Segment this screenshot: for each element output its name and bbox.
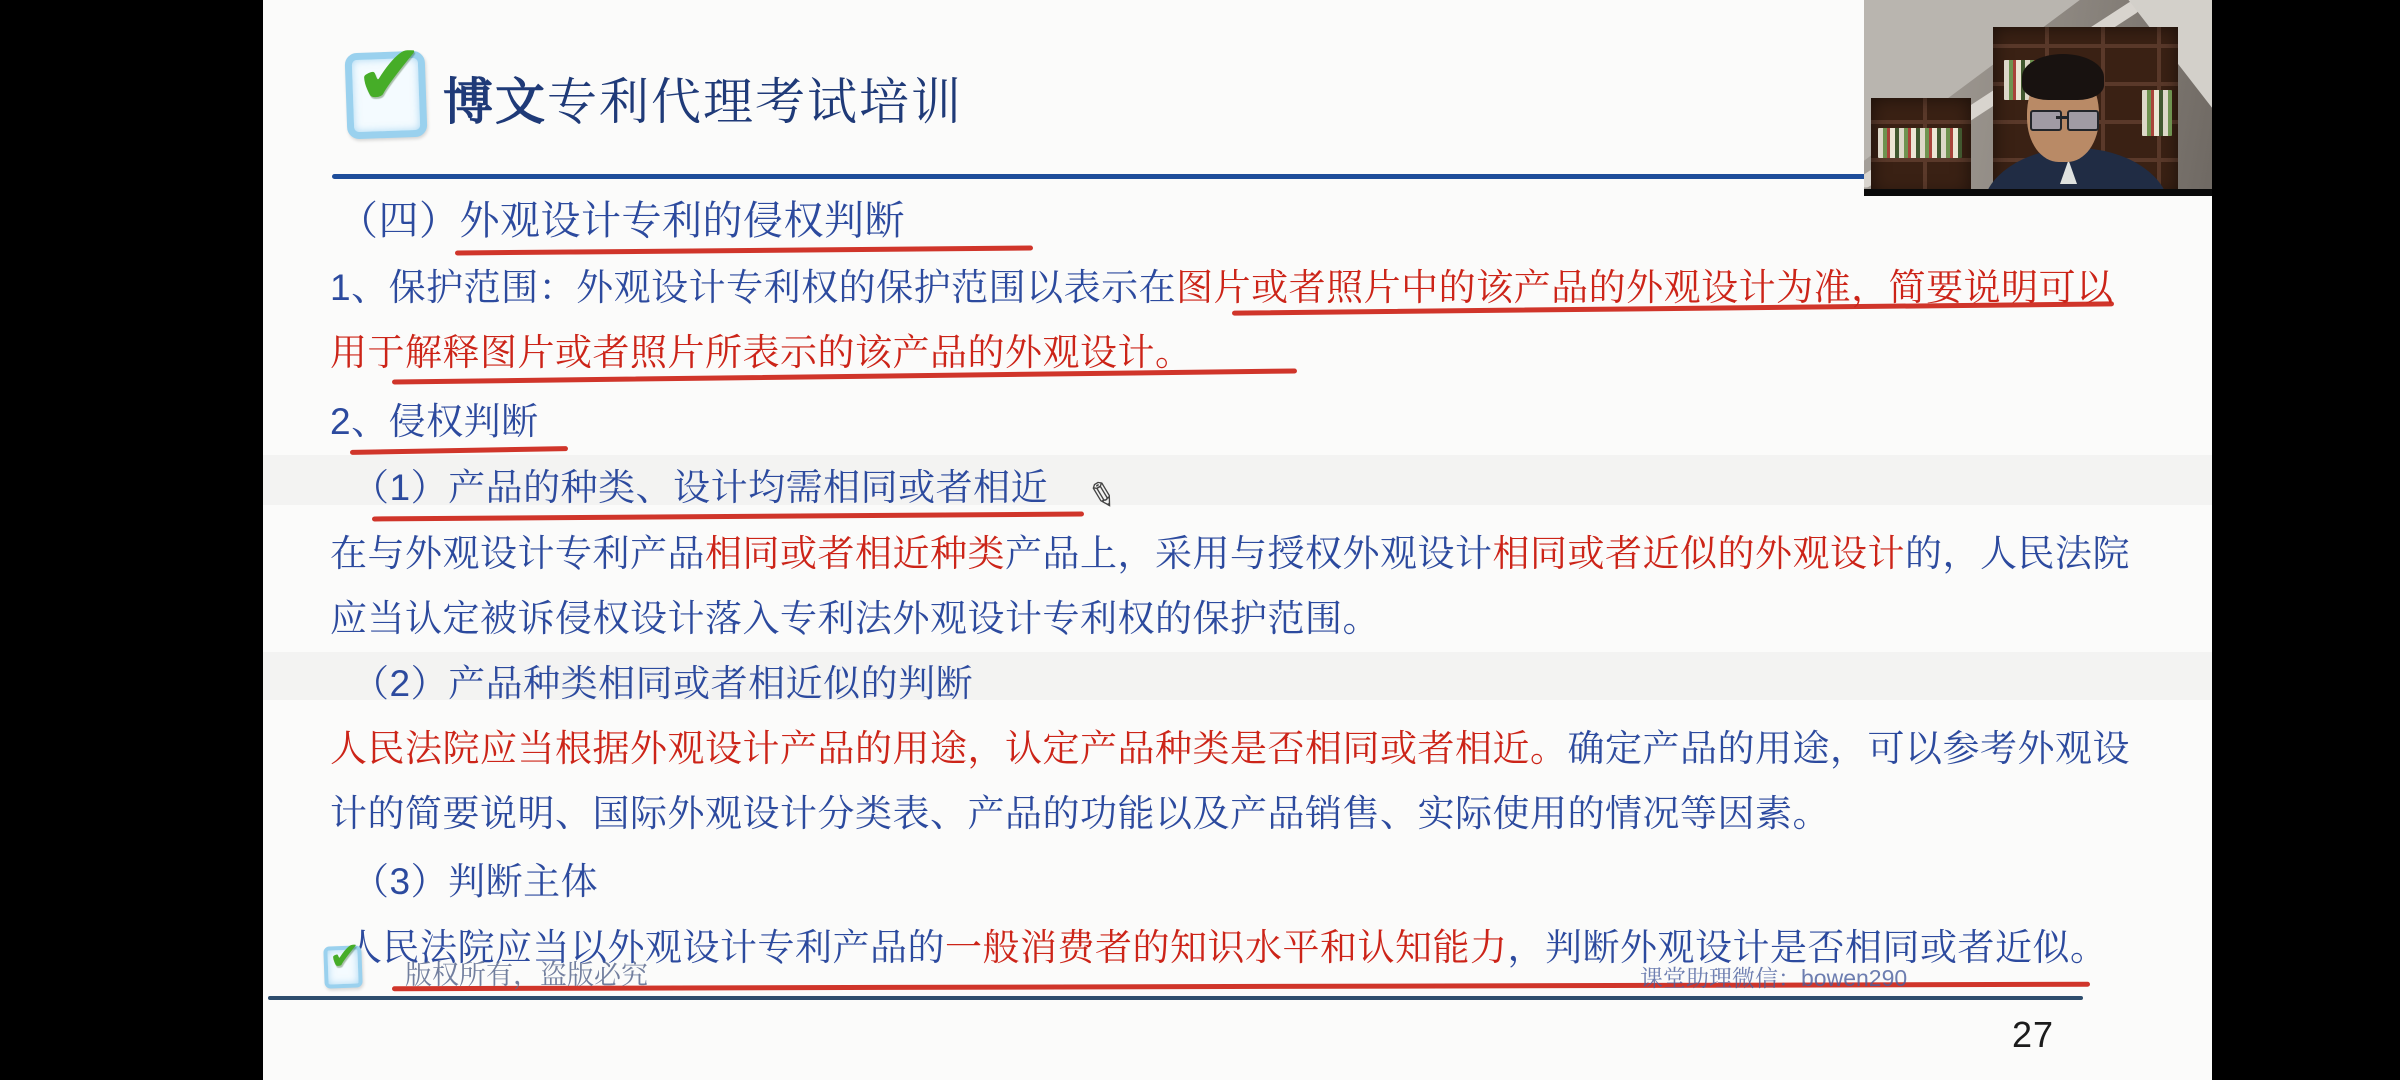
slide-text-line: 2、侵权判断: [330, 396, 539, 448]
webcam-bottom-border: [1864, 189, 2212, 196]
slide-text-line: 在与外观设计专利产品相同或者相近种类产品上，采用与授权外观设计相同或者近似的外观…: [330, 528, 2130, 580]
text-segment-highlight: 用于解释图片或者照片所表示的该产品的外观设计。: [330, 332, 1193, 373]
text-segment-highlight: 一般消费者的知识水平和认知能力: [945, 927, 1508, 968]
presenter-webcam-video[interactable]: [1864, 0, 2212, 196]
text-segment: （2）产品种类相同或者相近似的判断: [352, 663, 973, 704]
page-number: 27: [2012, 1014, 2054, 1056]
screen: { "colors": { "slide_bg": "#fbfbfa", "le…: [0, 0, 2400, 1080]
text-segment: （四）外观设计专利的侵权判断: [338, 199, 905, 243]
green-check-icon: ✔: [353, 32, 426, 118]
text-segment-highlight: 图片或者照片中的该产品的外观设计为准，简要说明可以: [1176, 267, 2114, 308]
text-segment: 产品上，采用与授权外观设计: [1005, 533, 1493, 574]
glasses-lens: [2067, 110, 2099, 131]
slide-text-line: （2）产品种类相同或者相近似的判断: [352, 658, 973, 710]
slide-text-line: （1）产品的种类、设计均需相同或者相近: [352, 462, 1048, 514]
text-segment: （3）判断主体: [352, 861, 598, 902]
text-segment: 2、侵权判断: [330, 401, 539, 442]
text-segment: 确定产品的用途，可以参考外观设: [1568, 728, 2131, 769]
presenter-hair: [2022, 54, 2104, 100]
copyright-watermark: 版权所有，盗版必究: [405, 953, 648, 992]
slide-text-line: （四）外观设计专利的侵权判断: [338, 195, 905, 247]
glasses-bridge: [2056, 116, 2069, 119]
assistant-wechat-watermark: 课堂助理微信：bowen290: [1640, 960, 1907, 993]
book-spines: [1878, 128, 1962, 158]
text-segment-highlight: 人民法院应当根据外观设计产品的用途，认定产品种类是否相同或者相近。: [330, 728, 1568, 769]
glasses-lens: [2030, 110, 2062, 131]
text-segment: 计的简要说明、国际外观设计分类表、产品的功能以及产品销售、实际使用的情况等因素。: [330, 793, 1830, 834]
slide-text-line: 应当认定被诉侵权设计落入专利法外观设计专利权的保护范围。: [330, 593, 1380, 645]
text-segment: （1）产品的种类、设计均需相同或者相近: [352, 467, 1048, 508]
slide-text-line: 人民法院应当根据外观设计产品的用途，认定产品种类是否相同或者相近。确定产品的用途…: [330, 723, 2130, 775]
brand-name: 博文: [443, 74, 547, 130]
text-segment: 在与外观设计专利产品: [330, 533, 705, 574]
slide-text-line: 计的简要说明、国际外观设计分类表、产品的功能以及产品销售、实际使用的情况等因素。: [330, 788, 1830, 840]
text-segment-highlight: 相同或者近似的外观设计: [1493, 533, 1906, 574]
text-segment-highlight: 相同或者相近种类: [705, 533, 1005, 574]
page-title: 博文专利代理考试培训: [443, 70, 963, 134]
text-segment: 应当认定被诉侵权设计落入专利法外观设计专利权的保护范围。: [330, 598, 1380, 639]
footer-logo-checkbox-icon: ✔: [323, 945, 362, 988]
text-segment: 1、保护范围：外观设计专利权的保护范围以表示在: [330, 267, 1176, 308]
brand-logo-checkbox-icon: ✔: [345, 51, 428, 140]
green-check-icon: ✔: [328, 937, 361, 976]
brand-tagline: 专利代理考试培训: [547, 74, 963, 130]
text-segment: 的，人民法院: [1905, 533, 2130, 574]
header-divider: [332, 174, 1902, 179]
book-spines: [2142, 90, 2172, 136]
footer-divider: [268, 996, 2083, 1000]
slide-text-line: （3）判断主体: [352, 856, 598, 908]
